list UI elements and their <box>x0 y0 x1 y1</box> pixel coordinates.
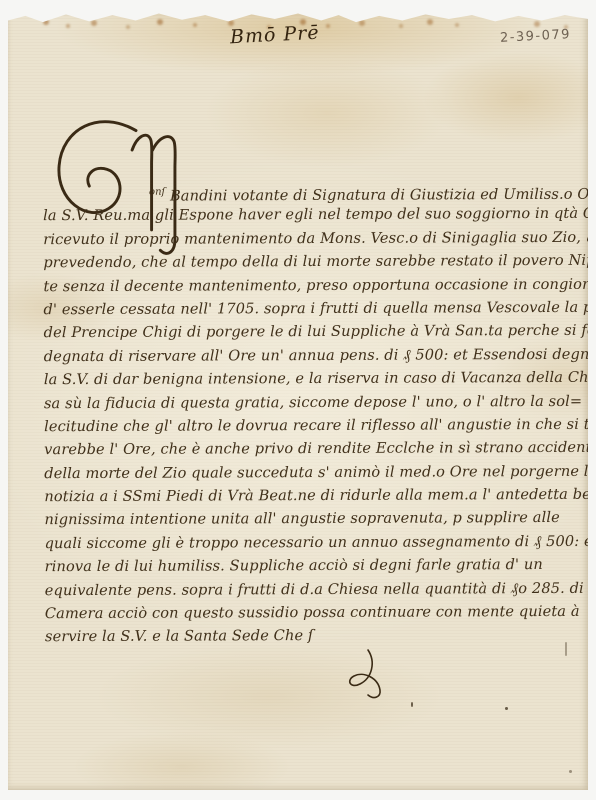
manuscript-line: ricevuto il proprio mantenimento da Mons… <box>43 226 585 252</box>
manuscript-line: nignissima intentione unita all' angusti… <box>44 506 586 532</box>
manuscript-line: equivalente pens. sopra i frutti di d.a … <box>45 576 587 602</box>
header-title: Bmō Prē <box>229 22 320 49</box>
manuscript-line: quali siccome gli è troppo necessario un… <box>45 530 587 556</box>
manuscript-line: d' esserle cessata nell' 1705. sopra i f… <box>43 296 585 322</box>
pen-flourish <box>346 648 392 700</box>
ink-speck <box>505 707 508 710</box>
ink-speck <box>411 702 413 707</box>
manuscript-line: onſ Bandini votante di Signatura di Gius… <box>43 179 585 205</box>
manuscript-line: servire la S.V. e la Santa Sede Che ſ <box>45 623 587 649</box>
manuscript-line: notizia a i SSmi Piedi di Vrà Beat.ne di… <box>44 483 586 509</box>
manuscript-line: la S.V. Reu.ma gli Espone haver egli nel… <box>43 202 585 228</box>
manuscript-line: del Prencipe Chigi di porgere le di lui … <box>44 319 586 345</box>
manuscript-line: te senza il decente mantenimento, preso … <box>43 272 585 298</box>
manuscript-line: Camera acciò con questo sussidio possa c… <box>45 600 587 626</box>
manuscript-line: degnata di riservare all' Ore un' annua … <box>44 343 586 369</box>
drop-cap-superscript: onſ <box>149 187 165 198</box>
ink-speck <box>569 770 572 773</box>
ink-speck <box>565 642 567 656</box>
manuscript-line: lecitudine che gl' altro le dovrua recar… <box>44 413 586 439</box>
manuscript-text: onſ Bandini votante di Signatura di Gius… <box>43 179 587 649</box>
archive-number: 2-39-079 <box>500 27 572 46</box>
manuscript-line: varebbe l' Ore, che è anche privo di ren… <box>44 436 586 462</box>
foxing-spots <box>8 20 12 24</box>
manuscript-line: prevedendo, che al tempo della di lui mo… <box>43 249 585 275</box>
manuscript-line: sa sù la fiducia di questa gratia, sicco… <box>44 389 586 415</box>
manuscript-paper: Bmō Prē 2-39-079 onſ Bandini votante di … <box>8 12 588 790</box>
manuscript-line: della morte del Zio quale succeduta s' a… <box>44 460 586 486</box>
manuscript-line: rinova le di lui humiliss. Suppliche acc… <box>45 553 587 579</box>
manuscript-line: la S.V. di dar benigna intensione, e la … <box>44 366 586 392</box>
